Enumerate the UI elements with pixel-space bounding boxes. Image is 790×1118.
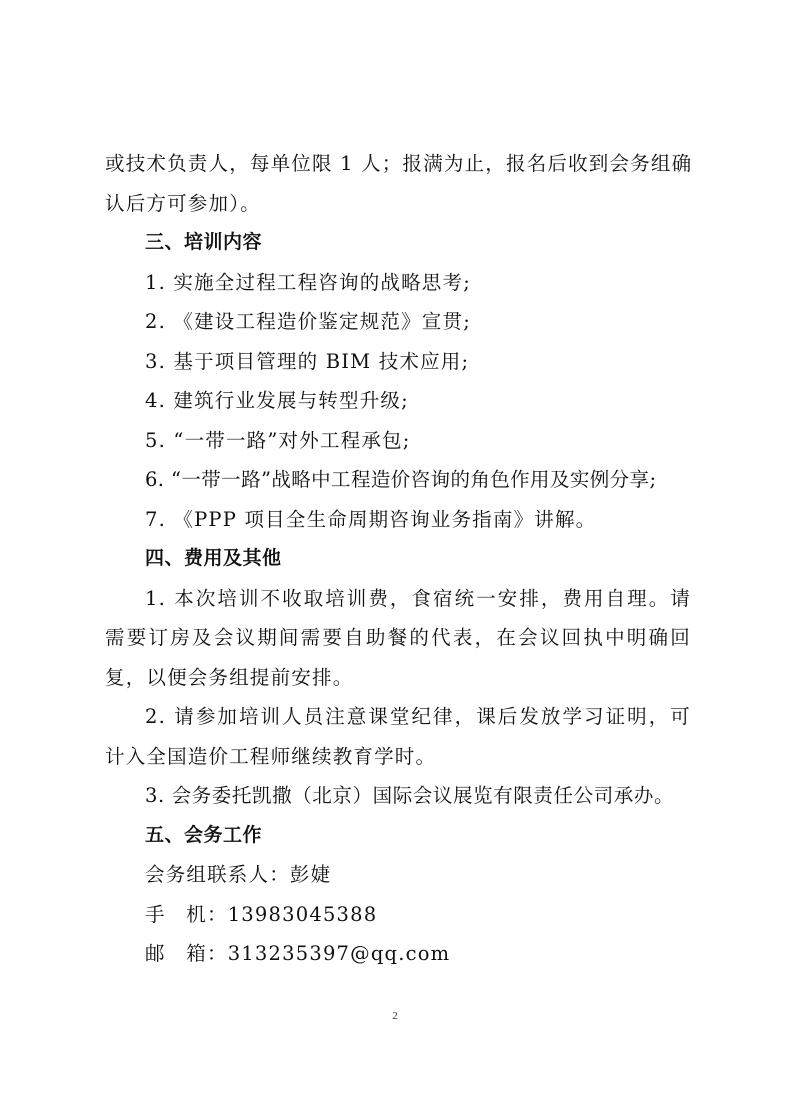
paragraph-line: 或技术负责人，每单位限 1 人；报满为止，报名后收到会务组确: [105, 144, 691, 184]
page-number: 2: [0, 1010, 790, 1022]
paragraph-line: 需要订房及会议期间需要自助餐的代表，在会议回执中明确回: [105, 618, 691, 658]
paragraph-line: 认后方可参加）。: [105, 184, 691, 224]
contact-person-line: 会务组联系人：彭婕: [105, 855, 691, 895]
contact-person-name: 彭婕: [290, 863, 331, 886]
phone-label: 手 机: [145, 895, 207, 935]
list-item: 2. 《建设工程造价鉴定规范》宣贯;: [105, 302, 691, 342]
list-item: 7. 《PPP 项目全生命周期咨询业务指南》讲解。: [105, 500, 691, 540]
list-item: 5. “一带一路”对外工程承包;: [105, 421, 691, 461]
paragraph-line: 复，以便会务组提前安排。: [105, 658, 691, 698]
email-line: 邮 箱：313235397@qq.com: [105, 934, 691, 974]
paragraph-line: 2. 请参加培训人员注意课堂纪律，课后发放学习证明，可: [105, 697, 691, 737]
section-heading-training-content: 三、培训内容: [105, 223, 691, 263]
paragraph-line: 计入全国造价工程师继续教育学时。: [105, 737, 691, 777]
phone-colon: ：: [207, 903, 228, 926]
email-address[interactable]: 313235397@qq.com: [228, 942, 451, 965]
list-item: 6. “一带一路”战略中工程造价咨询的角色作用及实例分享;: [105, 460, 691, 500]
list-item: 4. 建筑行业发展与转型升级;: [105, 381, 691, 421]
list-item: 3. 基于项目管理的 BIM 技术应用;: [105, 342, 691, 382]
email-colon: ：: [207, 942, 228, 965]
paragraph-line: 1. 本次培训不收取培训费，食宿统一安排，费用自理。请: [105, 579, 691, 619]
phone-number: 13983045388: [228, 903, 378, 926]
contact-person-label: 会务组联系人：: [145, 863, 290, 886]
email-label: 邮 箱: [145, 934, 207, 974]
list-item: 1. 实施全过程工程咨询的战略思考;: [105, 263, 691, 303]
phone-line: 手 机：13983045388: [105, 895, 691, 935]
paragraph-line: 3. 会务委托凯撒（北京）国际会议展览有限责任公司承办。: [105, 776, 691, 816]
section-heading-conference-work: 五、会务工作: [105, 816, 691, 856]
section-heading-fees: 四、费用及其他: [105, 539, 691, 579]
document-page: 或技术负责人，每单位限 1 人；报满为止，报名后收到会务组确 认后方可参加）。 …: [105, 144, 691, 974]
